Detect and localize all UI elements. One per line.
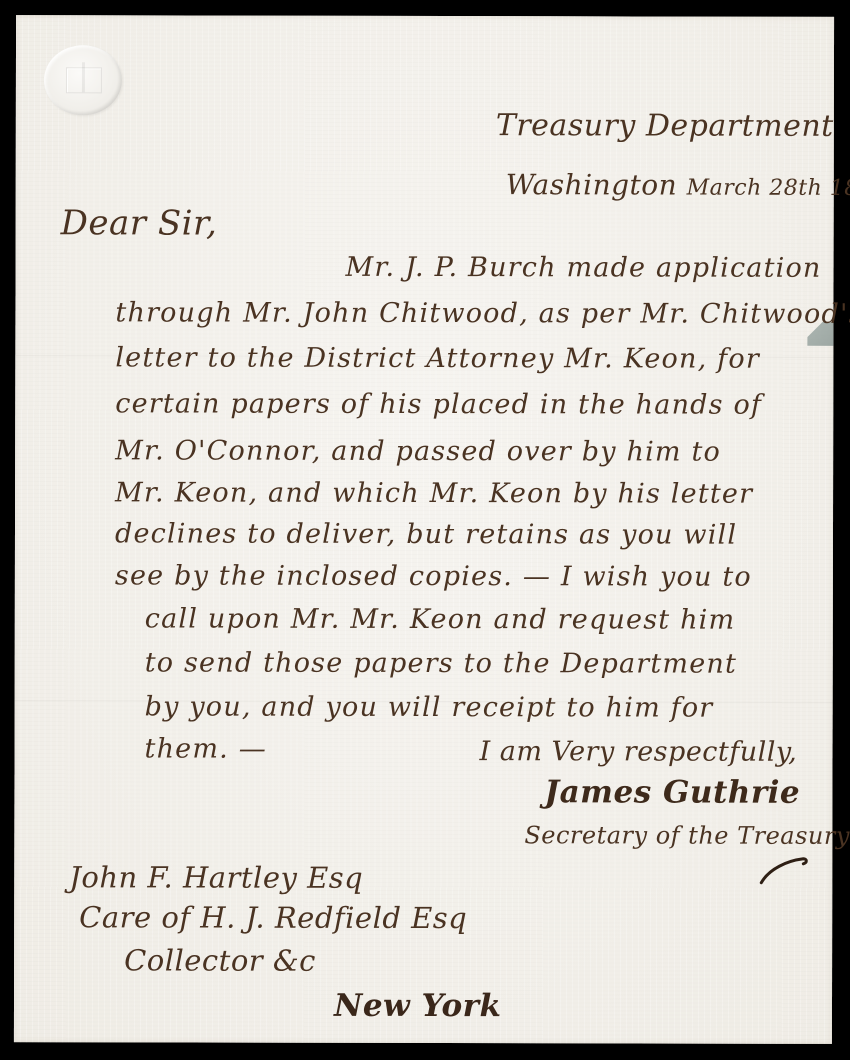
body-line: declines to deliver, but retains as you …: [115, 518, 737, 550]
signature-title: Secretary of the Treasury: [524, 821, 850, 850]
salutation: Dear Sir,: [61, 203, 218, 243]
body-line: see by the inclosed copies. — I wish you…: [115, 560, 752, 592]
complimentary-close: I am Very respectfully,: [480, 736, 798, 768]
body-line: by you, and you will receipt to him for: [145, 691, 714, 723]
letterhead-place-date: Washington March 28th 1855: [506, 168, 850, 202]
body-line: call upon Mr. Mr. Keon and request him: [145, 603, 736, 635]
body-line: to send those papers to the Department: [145, 647, 737, 679]
signature: James Guthrie: [544, 774, 800, 811]
body-line: Mr. J. P. Burch made application: [346, 252, 822, 284]
seal-building-icon: [66, 67, 102, 93]
body-line: certain papers of his placed in the hand…: [115, 388, 762, 420]
place-name: Washington: [506, 168, 678, 201]
body-line: through Mr. John Chitwood, as per Mr. Ch…: [115, 297, 850, 330]
addressee-position: Collector &c: [124, 943, 316, 977]
letter-paper: Treasury Department Washington March 28t…: [14, 15, 834, 1044]
body-line: letter to the District Attorney Mr. Keon…: [115, 342, 760, 374]
letterhead-department: Treasury Department: [496, 108, 834, 144]
pen-flourish-icon: [759, 855, 809, 885]
body-line: Mr. Keon, and which Mr. Keon by his lett…: [115, 477, 753, 509]
addressee-city: New York: [334, 988, 502, 1024]
body-line: them. —: [145, 733, 267, 764]
addressee-care-of: Care of H. J. Redfield Esq: [79, 900, 467, 935]
embossed-seal-icon: [44, 45, 122, 115]
addressee-name: John F. Hartley Esq: [69, 860, 363, 895]
letter-date: March 28th 1855: [687, 176, 850, 201]
body-line: Mr. O'Connor, and passed over by him to: [115, 435, 721, 467]
